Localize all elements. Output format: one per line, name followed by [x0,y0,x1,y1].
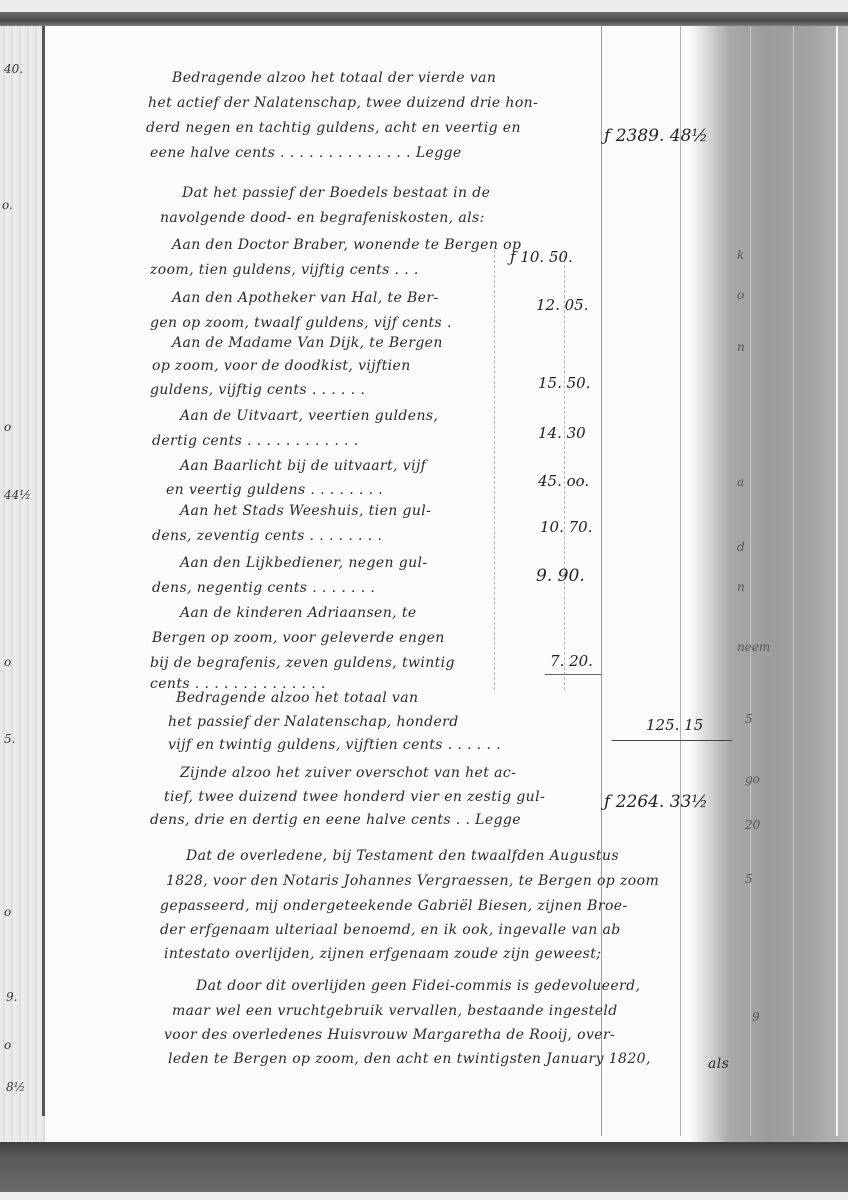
margin-note: o [4,1038,11,1052]
text-line: Bedragende alzoo het totaal der vierde v… [172,70,496,86]
scan-top-shadow-band [0,12,848,26]
right-edge-fragment: 20 [745,818,760,832]
text-line: gen op zoom, twaalf guldens, vijf cents … [150,315,452,331]
right-edge-fragment: 9 [752,1010,760,1024]
text-line: gepasseerd, mij ondergeteekende Gabriël … [160,898,628,914]
text-line: het actief der Nalatenschap, twee duizen… [148,95,538,111]
sub-amount-cents-rule [564,250,566,690]
text-line: dens, negentig cents . . . . . . . [152,580,375,596]
right-page-shadow [690,26,848,1144]
right-edge-fragment: 5 [745,872,753,886]
text-line: eene halve cents . . . . . . . . . . . .… [150,145,462,161]
text-line: maar wel een vruchtgebruik vervallen, be… [172,1003,618,1019]
ledger-column-rule [680,26,681,1136]
actief-total-amount: ƒ 2389. 48½ [604,126,708,146]
text-line: der erfgenaam ulteriaal benoemd, en ik o… [160,922,621,938]
margin-note: 9. [6,990,17,1004]
margin-note: o. [2,198,13,212]
text-line: voor des overledenes Huisvrouw Margareth… [164,1027,615,1043]
right-scan-edge [836,26,838,1136]
text-line: Aan de Madame Van Dijk, te Bergen [172,335,443,351]
text-line: en veertig guldens . . . . . . . . [166,482,383,498]
text-line: dens, drie en dertig en eene halve cents… [150,812,521,828]
text-line: bij de begrafenis, zeven guldens, twinti… [150,655,455,671]
text-line: intestato overlijden, zijnen erfgenaam z… [164,946,601,962]
margin-note: o [4,655,11,669]
right-column-rule [793,26,794,1136]
text-line: Dat het passief der Boedels bestaat in d… [182,185,490,201]
expense-amount: ƒ 10. 50. [510,248,573,266]
text-line: Aan het Stads Weeshuis, tien gul- [180,503,431,519]
right-edge-fragment: n [737,340,745,354]
text-line: vijf en twintig guldens, vijftien cents … [168,737,501,753]
text-line: derd negen en tachtig guldens, acht en v… [146,120,521,136]
text-line: guldens, vijftig cents . . . . . . [150,382,365,398]
text-line: Zijnde alzoo het zuiver overschot van he… [180,765,516,781]
expense-amount: 7. 20. [550,652,593,670]
text-line: dertig cents . . . . . . . . . . . . [152,433,359,449]
closing-mark: als [708,1056,729,1072]
expense-amount: 15. 50. [538,374,590,392]
text-line: Dat door dit overlijden geen Fidei-commi… [196,978,640,994]
right-edge-fragment: o [737,288,744,302]
expense-amount: 10. 70. [540,518,592,536]
expense-amount: 14. 30 [538,424,586,442]
text-line: het passief der Nalatenschap, honderd [168,714,459,730]
expense-amount: 12. 05. [536,296,588,314]
right-edge-fragment: neem [737,640,770,654]
text-line: navolgende dood- en begrafeniskosten, al… [160,210,485,226]
total-underline [612,740,732,741]
right-edge-fragment: a [737,475,744,489]
expense-amount: 45. oo. [538,472,589,490]
right-edge-fragment: n [737,580,745,594]
text-line: op zoom, voor de doodkist, vijftien [152,358,411,374]
right-edge-fragment: k [737,248,744,262]
right-edge-fragment: go [745,772,760,786]
text-line: Dat de overledene, bij Testament den twa… [186,848,619,864]
text-line: Bergen op zoom, voor geleverde engen [152,630,445,646]
passief-total-amount: 125. 15 [646,716,703,734]
margin-note: 8½ [6,1080,25,1094]
scan-bottom-margin [0,1192,848,1200]
text-line: leden te Bergen op zoom, den acht en twi… [168,1051,651,1067]
margin-note: o [4,420,11,434]
right-column-rule [750,26,751,1136]
left-binding-strip [0,26,44,1144]
margin-note: 40. [4,62,23,76]
text-line: Aan den Apotheker van Hal, te Ber- [172,290,439,306]
sub-amount-rule [494,250,496,690]
text-line: Aan Baarlicht bij de uitvaart, vijf [180,458,426,474]
subtotal-underline [545,674,601,675]
text-line: tief, twee duizend twee honderd vier en … [164,789,545,805]
ledger-column-rule [601,26,602,1136]
text-line: Aan de Uitvaart, veertien guldens, [180,408,438,424]
margin-note: 44½ [4,488,31,502]
text-line: 1828, voor den Notaris Johannes Vergraes… [166,873,659,889]
text-line: Aan de kinderen Adriaansen, te [180,605,417,621]
margin-note: 5. [4,732,15,746]
text-line: dens, zeventig cents . . . . . . . . [152,528,382,544]
scan-bottom-shadow-band [0,1142,848,1192]
text-line: zoom, tien guldens, vijftig cents . . . [150,262,419,278]
text-line: Aan den Doctor Braber, wonende te Bergen… [172,237,521,253]
right-edge-fragment: d [737,540,745,554]
zuiver-overschot-amount: ƒ 2264. 33½ [604,792,708,812]
margin-note: o [4,905,11,919]
expense-amount: 9. 90. [536,566,585,586]
right-edge-fragment: 5 [745,712,753,726]
text-line: Bedragende alzoo het totaal van [176,690,418,706]
text-line: Aan den Lijkbediener, negen gul- [180,555,428,571]
